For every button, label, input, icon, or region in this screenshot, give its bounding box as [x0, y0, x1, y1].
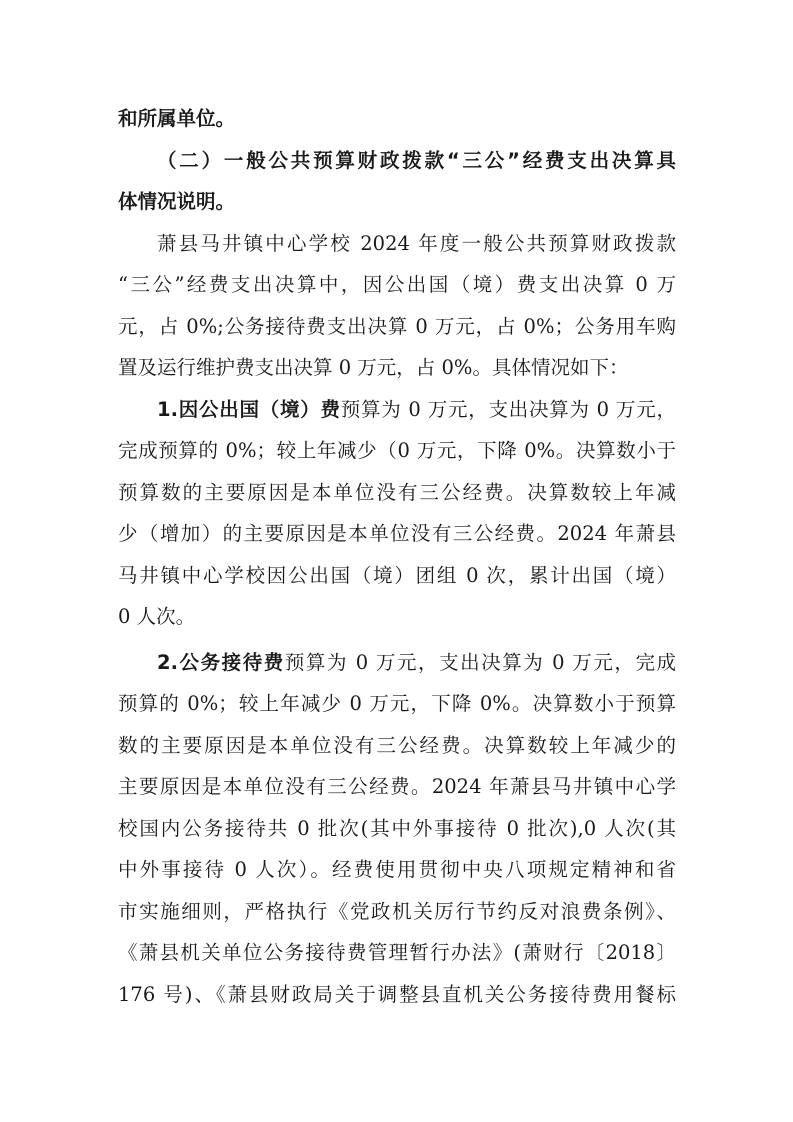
paragraph-line: 中外事接待 0 人次）。经费使用贯彻中央八项规定精神和省 — [118, 849, 676, 891]
paragraph-line: 校国内公务接待共 0 批次(其中外事接待 0 批次),0 人次(其 — [118, 808, 676, 850]
paragraph-line: 元，占 0%;公务接待费支出决算 0 万元，占 0%；公务用车购 — [118, 306, 676, 348]
section-heading-cont: 体情况说明。 — [118, 181, 676, 223]
paragraph-line: 0 人次。 — [118, 596, 676, 638]
paragraph-line: 预算的 0%；较上年减少 0 万元，下降 0%。决算数小于预算 — [118, 683, 676, 725]
item1-label: 1.因公出国（境）费 — [157, 398, 341, 421]
paragraph-line: 《萧县机关单位公务接待费管理暂行办法》(萧财行〔2018〕 — [118, 932, 676, 974]
text-line: 和所属单位。 — [118, 98, 676, 140]
paragraph-line: 主要原因是本单位没有三公经费。2024 年萧县马井镇中心学 — [118, 766, 676, 808]
paragraph-line: 萧县马井镇中心学校 2024 年度一般公共预算财政拨款 — [118, 223, 676, 265]
paragraph-line: 预算数的主要原因是本单位没有三公经费。决算数较上年减 — [118, 472, 676, 514]
item1-text: 预算为 0 万元，支出决算为 0 万元， — [341, 398, 676, 421]
item2-first-line: 2.公务接待费预算为 0 万元，支出决算为 0 万元，完成 — [118, 642, 676, 684]
paragraph-line: 数的主要原因是本单位没有三公经费。决算数较上年减少的 — [118, 725, 676, 767]
paragraph-line: 市实施细则，严格执行《党政机关厉行节约反对浪费条例》、 — [118, 891, 676, 933]
item2-text: 预算为 0 万元，支出决算为 0 万元，完成 — [285, 651, 676, 674]
paragraph-line: 置及运行维护费支出决算 0 万元，占 0%。具体情况如下： — [118, 347, 676, 389]
item2-label: 2.公务接待费 — [157, 651, 285, 674]
section-heading: （二）一般公共预算财政拨款“三公”经费支出决算具 — [118, 140, 676, 182]
item1-first-line: 1.因公出国（境）费预算为 0 万元，支出决算为 0 万元， — [118, 389, 676, 431]
paragraph-line: 176 号)、《萧县财政局关于调整县直机关公务接待费用餐标 — [118, 974, 676, 1016]
paragraph-line: “三公”经费支出决算中，因公出国（境）费支出决算 0 万 — [118, 264, 676, 306]
paragraph-line: 马井镇中心学校因公出国（境）团组 0 次，累计出国（境） — [118, 555, 676, 597]
document-page: 和所属单位。 （二）一般公共预算财政拨款“三公”经费支出决算具 体情况说明。 萧… — [118, 98, 676, 1015]
paragraph-line: 完成预算的 0%；较上年减少（0 万元，下降 0%。决算数小于 — [118, 430, 676, 472]
paragraph-line: 少（增加）的主要原因是本单位没有三公经费。2024 年萧县 — [118, 513, 676, 555]
